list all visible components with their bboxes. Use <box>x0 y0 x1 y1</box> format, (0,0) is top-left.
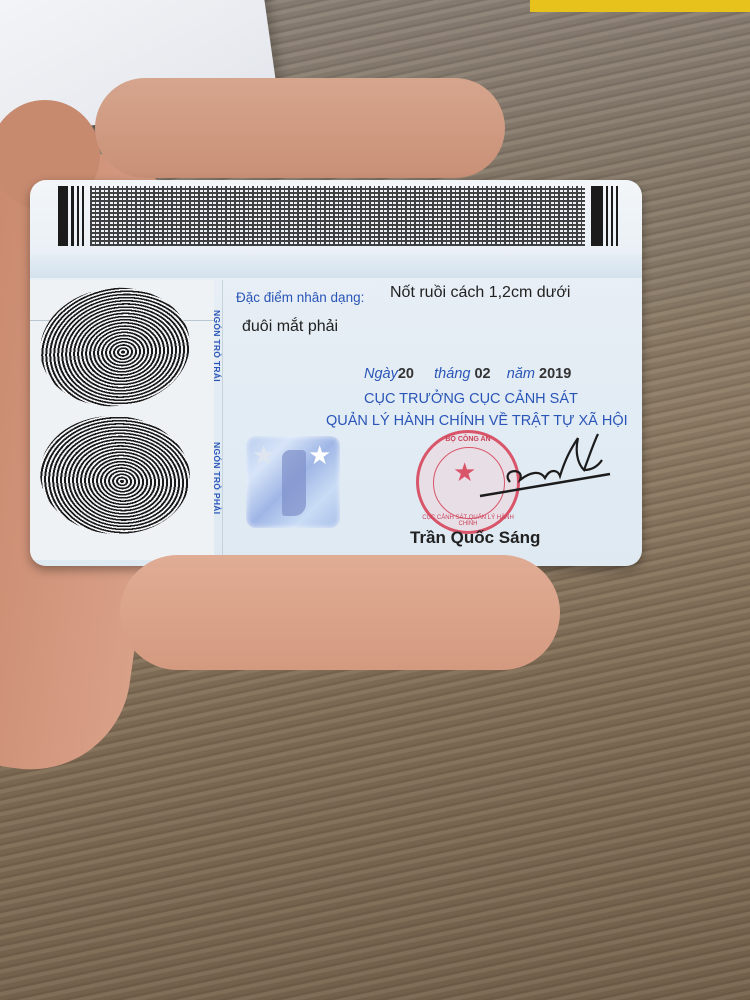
day-label: Ngày <box>364 366 398 382</box>
left-index-label: NGÓN TRỎ TRÁI <box>202 310 222 382</box>
hand-finger-bottom <box>120 555 560 670</box>
star-icon: ★ <box>252 442 275 468</box>
star-icon: ★ <box>308 442 331 468</box>
issue-date: Ngày20 tháng 02 năm 2019 <box>364 366 571 382</box>
map-icon <box>282 450 306 516</box>
month-label: tháng <box>434 366 470 382</box>
identifying-features-line1: Nốt ruồi cách 1,2cm dưới <box>390 284 570 302</box>
decorative-band <box>30 254 642 278</box>
signature-icon <box>470 430 620 510</box>
id-card-back: NGÓN TRỎ TRÁI NGÓN TRỎ PHẢI Đặc điểm nhâ… <box>30 180 642 566</box>
year-label: năm <box>507 366 535 382</box>
yellow-object <box>530 0 750 12</box>
hand-finger-top <box>95 78 505 178</box>
identifying-features-line2: đuôi mắt phải <box>242 318 338 336</box>
signer-name: Trần Quốc Sáng <box>410 528 540 548</box>
hologram-icon: ★ ★ <box>246 436 340 528</box>
month-value: 02 <box>474 366 490 382</box>
pdf417-barcode-icon <box>58 186 618 246</box>
panel-divider <box>222 280 223 560</box>
day-value: 20 <box>398 366 414 382</box>
right-index-label: NGÓN TRỎ PHẢI <box>202 442 222 514</box>
identifying-features-label: Đặc điểm nhân dạng: <box>236 290 364 305</box>
photo-scene: NGÓN TRỎ TRÁI NGÓN TRỎ PHẢI Đặc điểm nhâ… <box>0 0 750 1000</box>
year-value: 2019 <box>539 366 571 382</box>
issuing-office-line2: QUẢN LÝ HÀNH CHÍNH VỀ TRẬT TỰ XÃ HỘI <box>326 413 628 429</box>
issuing-office-line1: CỤC TRƯỞNG CỤC CẢNH SÁT <box>364 391 578 407</box>
seal-bottom-text: CỤC CẢNH SÁT QUẢN LÝ HÀNH CHÍNH <box>419 515 517 527</box>
